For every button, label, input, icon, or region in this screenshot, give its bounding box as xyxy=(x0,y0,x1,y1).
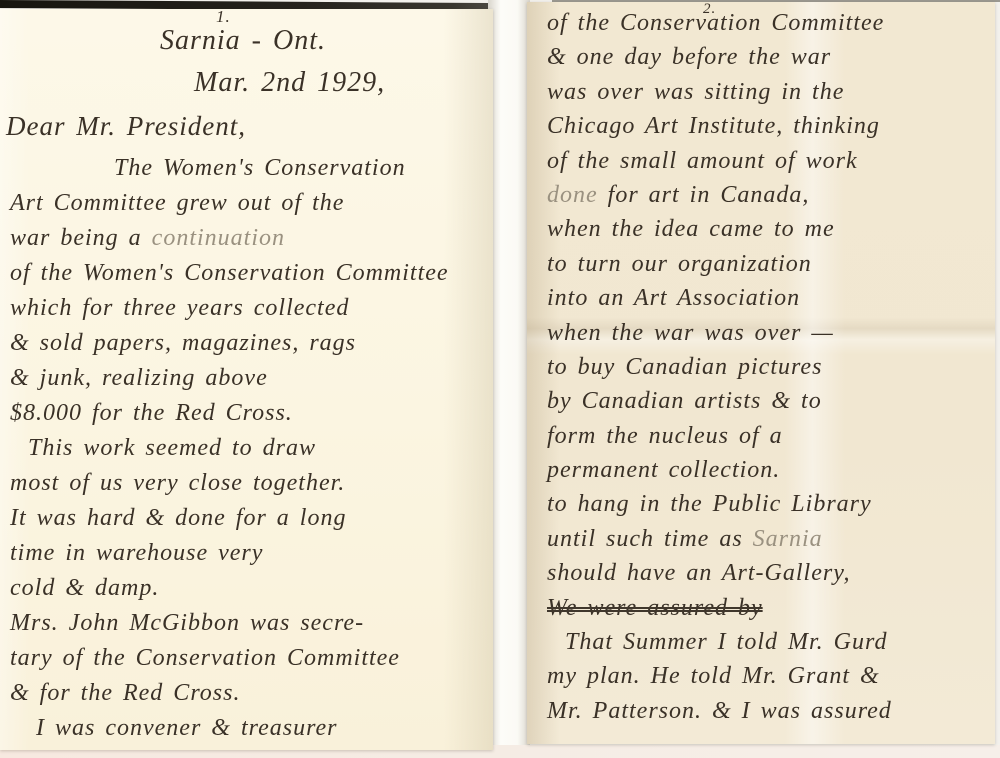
letter-line: of the Conservation Committee xyxy=(547,6,892,40)
faded-word: done xyxy=(547,182,608,208)
letter-line: That Summer I told Mr. Gurd xyxy=(565,625,892,659)
letter-line: Art Committee grew out of the xyxy=(10,186,449,221)
letter-line: We were assured by xyxy=(547,591,892,625)
letter-page-1: 1. Sarnia - Ont. Mar. 2nd 1929, Dear Mr.… xyxy=(0,9,493,750)
page-gap xyxy=(488,0,530,750)
letter-line: was over was sitting in the xyxy=(547,75,892,109)
letter-line: I was convener & treasurer xyxy=(36,711,449,746)
letter-line: This work seemed to draw xyxy=(28,431,449,466)
letter-line: to buy Canadian pictures xyxy=(547,350,892,384)
letter-line: $8.000 for the Red Cross. xyxy=(10,396,449,431)
letter-line: time in warehouse very xyxy=(10,536,449,571)
letter-line: when the war was over — xyxy=(547,316,892,350)
letter-line: The Women's Conservation xyxy=(114,151,449,186)
letter-line: & one day before the war xyxy=(547,40,892,74)
page-2-body: of the Conservation Committee& one day b… xyxy=(547,6,892,728)
date-line: Mar. 2nd 1929, xyxy=(194,67,385,99)
letter-line: It was hard & done for a long xyxy=(10,501,449,536)
letter-line: form the nucleus of a xyxy=(547,419,892,453)
letter-line: by Canadian artists & to xyxy=(547,384,892,418)
letter-line: Mrs. John McGibbon was secre- xyxy=(10,606,449,641)
letter-line: Mr. Patterson. & I was assured xyxy=(547,694,892,728)
letter-line: of the Women's Conservation Committee xyxy=(10,256,449,291)
letter-line: & for the Red Cross. xyxy=(10,676,449,711)
letter-text: for art in Canada, xyxy=(608,182,810,208)
page-1-body: The Women's ConservationArt Committee gr… xyxy=(10,151,449,746)
letter-line: war being a continuation xyxy=(10,221,449,256)
letter-line: to turn our organization xyxy=(547,247,892,281)
faded-word: continuation xyxy=(152,225,285,251)
letter-line: tary of the Conservation Committee xyxy=(10,641,449,676)
letter-line: most of us very close together. xyxy=(10,466,449,501)
letter-line: to hang in the Public Library xyxy=(547,487,892,521)
letter-line: my plan. He told Mr. Grant & xyxy=(547,659,892,693)
page-number: 1. xyxy=(216,7,231,27)
letter-line: should have an Art-Gallery, xyxy=(547,556,892,590)
letter-line: until such time as Sarnia xyxy=(547,522,892,556)
letter-line: permanent collection. xyxy=(547,453,892,487)
letter-scan: { "document": { "colors": { "paper_left"… xyxy=(0,0,1000,758)
salutation: Dear Mr. President, xyxy=(6,111,246,142)
place-line: Sarnia - Ont. xyxy=(160,25,326,57)
letter-line: Chicago Art Institute, thinking xyxy=(547,109,892,143)
letter-line: which for three years collected xyxy=(10,291,449,326)
letter-line: done for art in Canada, xyxy=(547,178,892,212)
letter-line: into an Art Association xyxy=(547,281,892,315)
letter-text: war being a xyxy=(10,225,152,251)
letter-line: when the idea came to me xyxy=(547,212,892,246)
letter-line: cold & damp. xyxy=(10,571,449,606)
letter-text: until such time as xyxy=(547,526,753,552)
letter-line: & junk, realizing above xyxy=(10,361,449,396)
faded-word: Sarnia xyxy=(753,526,823,552)
letter-line: of the small amount of work xyxy=(547,144,892,178)
letter-line: & sold papers, magazines, rags xyxy=(10,326,449,361)
letter-page-2: 2. of the Conservation Committee& one da… xyxy=(527,2,995,744)
